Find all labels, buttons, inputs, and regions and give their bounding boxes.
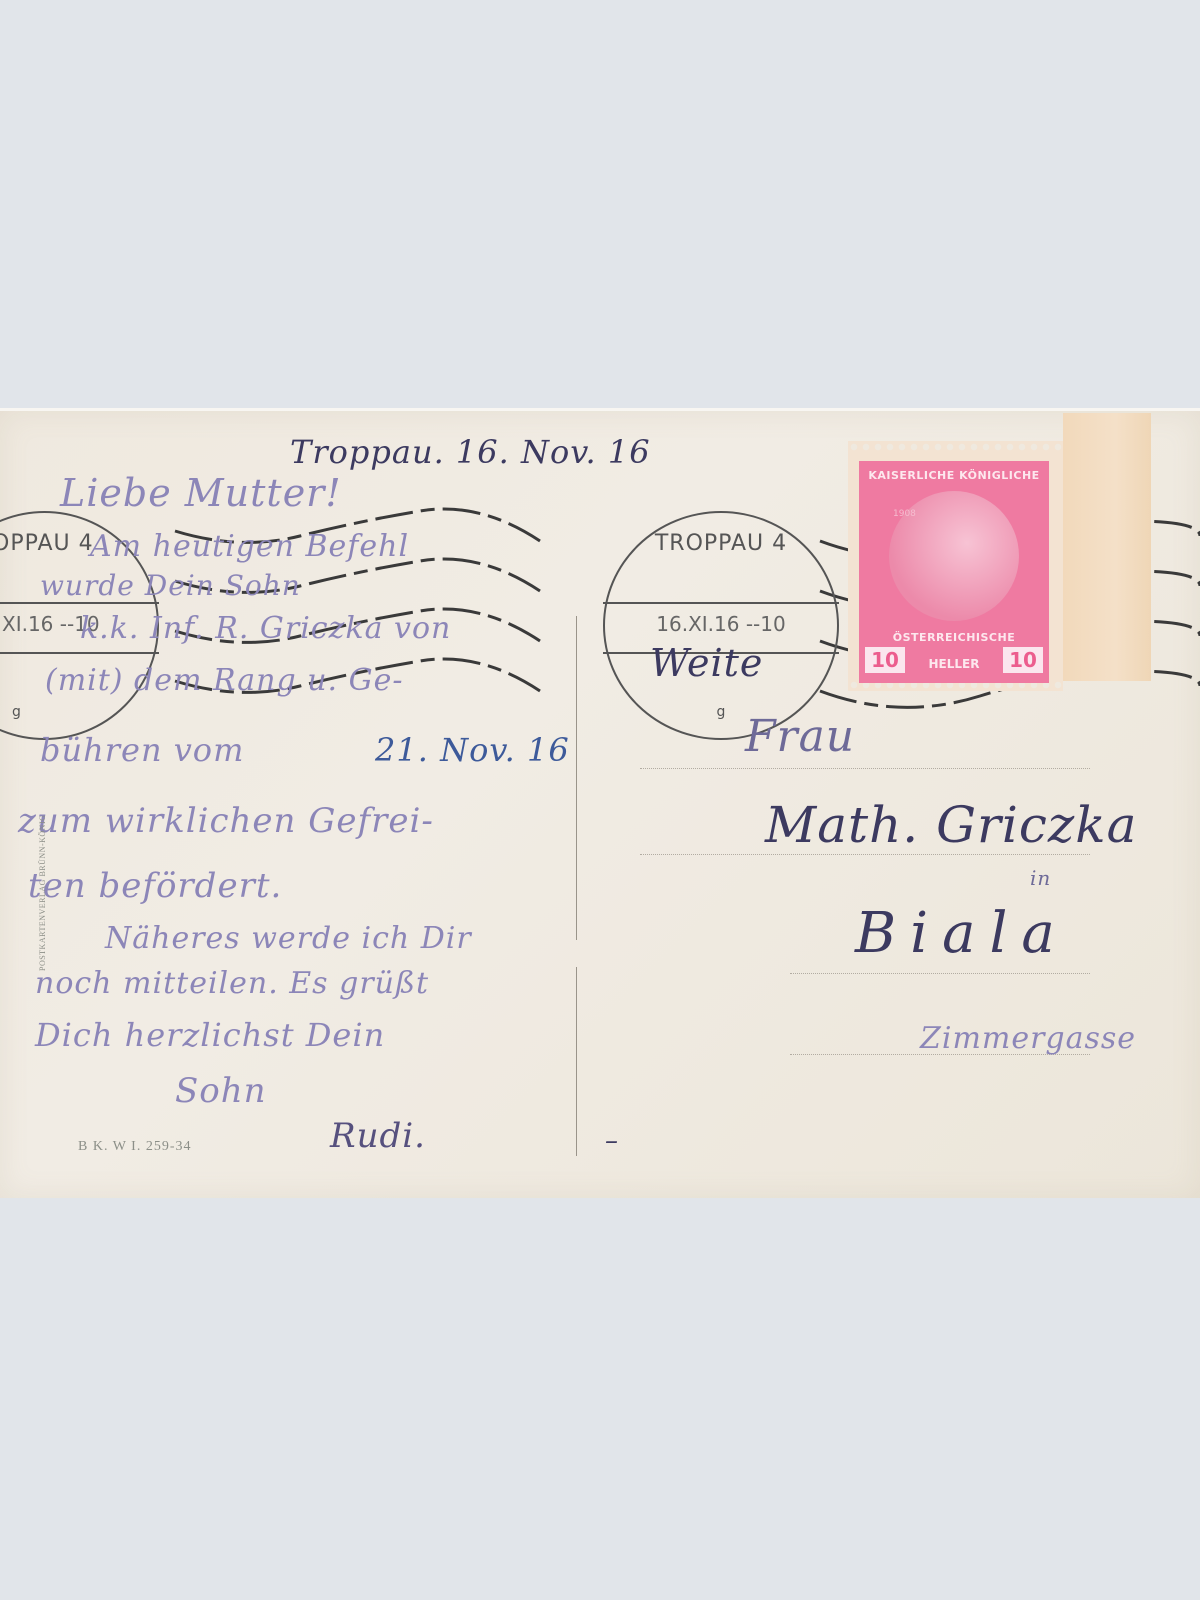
- dash-mark: –: [605, 1126, 619, 1156]
- address-line-2: [640, 854, 1090, 855]
- postage-stamp: 1908 KAISERLICHE KÖNIGLICHE ÖSTERREICHIS…: [848, 441, 1063, 691]
- message-line: Liebe Mutter!: [60, 471, 342, 515]
- publisher-text: POSTKARTENVERLAG BRÜNN-KÖNIG: [38, 815, 47, 971]
- signature: Rudi.: [330, 1116, 426, 1156]
- postmark-annotation: Weite: [650, 641, 763, 685]
- message-line: Näheres werde ich Dir: [105, 921, 472, 956]
- address-street: Zimmergasse: [920, 1021, 1136, 1056]
- stamp-selvage: [1063, 413, 1151, 681]
- message-line: Dich herzlichst Dein: [35, 1016, 385, 1054]
- message-line: ten befördert.: [28, 866, 282, 906]
- message-line: Am heutigen Befehl: [90, 529, 409, 564]
- message-line: Sohn: [175, 1071, 267, 1111]
- message-line: zum wirklichen Gefrei-: [18, 801, 434, 841]
- message-line: wurde Dein Sohn: [40, 569, 301, 602]
- message-line: noch mitteilen. Es grüßt: [35, 966, 429, 1001]
- inserted-date: 21. Nov. 16: [375, 731, 570, 769]
- postcard-back: OPPAU 4 XI.16 --10 g TROPPAU 4 16.XI.16 …: [0, 408, 1200, 1198]
- message-line: bühren vom: [40, 731, 244, 769]
- address-name: Math. Griczka: [765, 796, 1137, 854]
- postmark-center: TROPPAU 4 16.XI.16 --10 g: [603, 511, 839, 740]
- address-town: Biala: [855, 901, 1069, 966]
- imprint-code: B K. W I. 259-34: [78, 1139, 191, 1155]
- message-line: k.k. Inf. R. Griczka von: [80, 611, 451, 646]
- address-preposition: in: [1030, 866, 1051, 890]
- message-line: (mit) dem Rang u. Ge-: [45, 663, 403, 698]
- address-divider: [576, 616, 577, 1156]
- address-salutation: Frau: [745, 711, 855, 762]
- address-line-3: [790, 973, 1090, 974]
- header-date: Troppau. 16. Nov. 16: [290, 433, 651, 471]
- address-line-1: [640, 768, 1090, 769]
